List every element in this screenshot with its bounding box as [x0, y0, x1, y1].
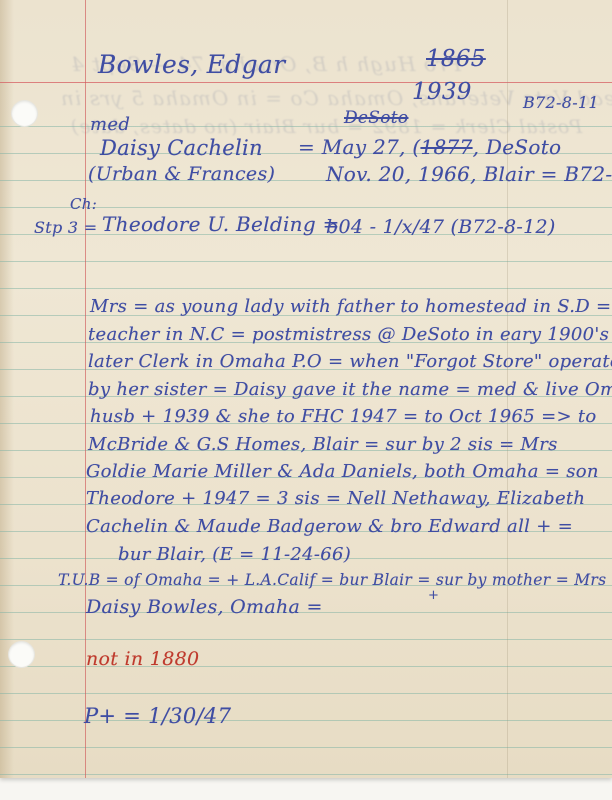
- note-line: bur Blair, (E = 11-24-66): [118, 544, 351, 565]
- place-struck: DeSoto: [344, 108, 408, 128]
- burial-plot-ref: B72-8-11: [523, 93, 599, 112]
- scanned-paper-page: Pro Hugh h B, Omaha, 74 — Sept 4 Dead Ve…: [0, 0, 612, 778]
- note-line: teacher in N.C = postmistress @ DeSoto i…: [88, 324, 612, 345]
- stepchild-name: Theodore U. Belding =: [102, 212, 340, 236]
- note-line: Goldie Marie Miller & Ada Daniels, both …: [86, 461, 599, 482]
- spouse-birth-prefix: = May 27, (: [298, 135, 420, 159]
- spouse-birth-line: = May 27, (1877, DeSoto: [298, 135, 561, 159]
- red-census-note: not in 1880: [86, 648, 199, 670]
- birth-year-struck: 1865: [426, 46, 486, 72]
- caret-mark: +: [428, 588, 439, 603]
- note-line: by her sister = Daisy gave it the name =…: [88, 379, 612, 400]
- note-line: Mrs = as young lady with father to homes…: [90, 296, 611, 317]
- stepchild-dates: b04 - 1/x/47 (B72-8-12): [326, 216, 556, 238]
- handwriting-layer: Bowles, Edgar 1865 1939 B72-8-11 med DeS…: [0, 0, 612, 778]
- spouse-birth-suffix: , DeSoto: [473, 135, 562, 159]
- addendum-line: Daisy Bowles, Omaha =: [86, 596, 323, 618]
- note-line: Cachelin & Maude Badgerow & bro Edward a…: [86, 516, 573, 537]
- entry-surname: Bowles, Edgar: [98, 50, 285, 79]
- note-line: later Clerk in Omaha P.O = when "Forgot …: [88, 351, 612, 372]
- proof-date-note: P+ = 1/30/47: [84, 704, 231, 728]
- married-label: med: [90, 114, 130, 135]
- spouse-name: Daisy Cachelin: [100, 136, 263, 160]
- spouse-parents: (Urban & Frances): [88, 163, 275, 185]
- note-line: McBride & G.S Homes, Blair = sur by 2 si…: [88, 434, 558, 455]
- note-line: Theodore + 1947 = 3 sis = Nell Nethaway,…: [86, 488, 585, 509]
- children-label: Ch:: [70, 195, 97, 213]
- spouse-birth-year-struck: 1877: [420, 135, 472, 159]
- addendum-line: T.U.B = of Omaha = + L.A.Calif = bur Bla…: [58, 571, 606, 589]
- stepchild-label: Stp 3 =: [34, 218, 98, 237]
- death-year: 1939: [412, 79, 472, 105]
- note-line: husb + 1939 & she to FHC 1947 = to Oct 1…: [90, 406, 597, 427]
- spouse-death-line: Nov. 20, 1966, Blair = B72-8: [326, 162, 612, 186]
